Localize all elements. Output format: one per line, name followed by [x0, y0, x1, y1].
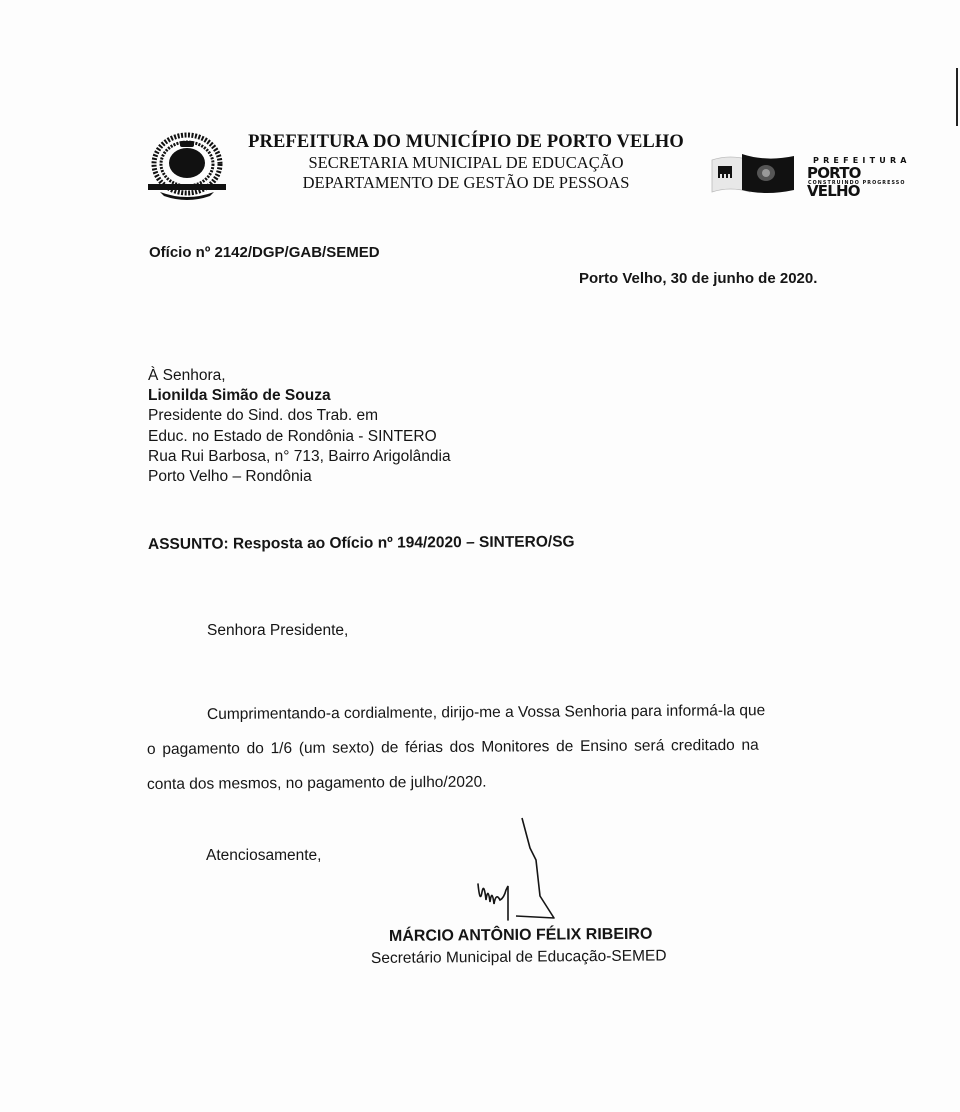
- letterhead-secretariat: SECRETARIA MUNICIPAL DE EDUCAÇÃO: [236, 153, 696, 173]
- letterhead: PREFEITURA DO MUNICÍPIO DE PORTO VELHO S…: [236, 131, 696, 193]
- scan-edge-line: [956, 68, 958, 126]
- letter-date: Porto Velho, 30 de junho de 2020.: [579, 270, 817, 287]
- letterhead-department: DEPARTAMENTO DE GESTÃO DE PESSOAS: [236, 173, 696, 193]
- handwritten-signature-icon: [470, 812, 570, 922]
- recipient-block: À Senhora, Lionilda Simão de Souza Presi…: [148, 366, 451, 487]
- reference-number: Ofício nº 2142/DGP/GAB/SEMED: [149, 244, 380, 261]
- subject-line: ASSUNTO: Resposta ao Ofício nº 194/2020 …: [148, 533, 575, 554]
- body-line-1: Cumprimentando-a cordialmente, dirijo-me…: [207, 702, 765, 724]
- porto-velho-logo: PREFEITURA PORTO VELHO CONSTRUINDO PROGR…: [710, 150, 910, 198]
- recipient-address-1: Rua Rui Barbosa, n° 713, Bairro Arigolân…: [148, 447, 451, 467]
- closing: Atenciosamente,: [206, 847, 321, 865]
- body-line-3: conta dos mesmos, no pagamento de julho/…: [147, 774, 487, 794]
- recipient-title-2: Educ. no Estado de Rondônia - SINTERO: [148, 427, 451, 447]
- recipient-salutation: À Senhora,: [148, 366, 451, 386]
- municipal-seal-icon: [146, 132, 228, 200]
- signatory-name: MÁRCIO ANTÔNIO FÉLIX RIBEIRO: [389, 926, 653, 946]
- brand-tagline: CONSTRUINDO PROGRESSO: [808, 181, 906, 186]
- recipient-name: Lionilda Simão de Souza: [148, 386, 451, 406]
- body-line-2: o pagamento do 1/6 (um sexto) de férias …: [147, 737, 759, 759]
- greeting: Senhora Presidente,: [207, 622, 348, 640]
- recipient-title-1: Presidente do Sind. dos Trab. em: [148, 406, 451, 426]
- signatory-role: Secretário Municipal de Educação-SEMED: [371, 947, 667, 968]
- recipient-address-2: Porto Velho – Rondônia: [148, 467, 451, 487]
- letter-page: PREFEITURA DO MUNICÍPIO DE PORTO VELHO S…: [0, 0, 960, 1112]
- letterhead-title: PREFEITURA DO MUNICÍPIO DE PORTO VELHO: [236, 131, 696, 153]
- flag-icon: [710, 152, 796, 196]
